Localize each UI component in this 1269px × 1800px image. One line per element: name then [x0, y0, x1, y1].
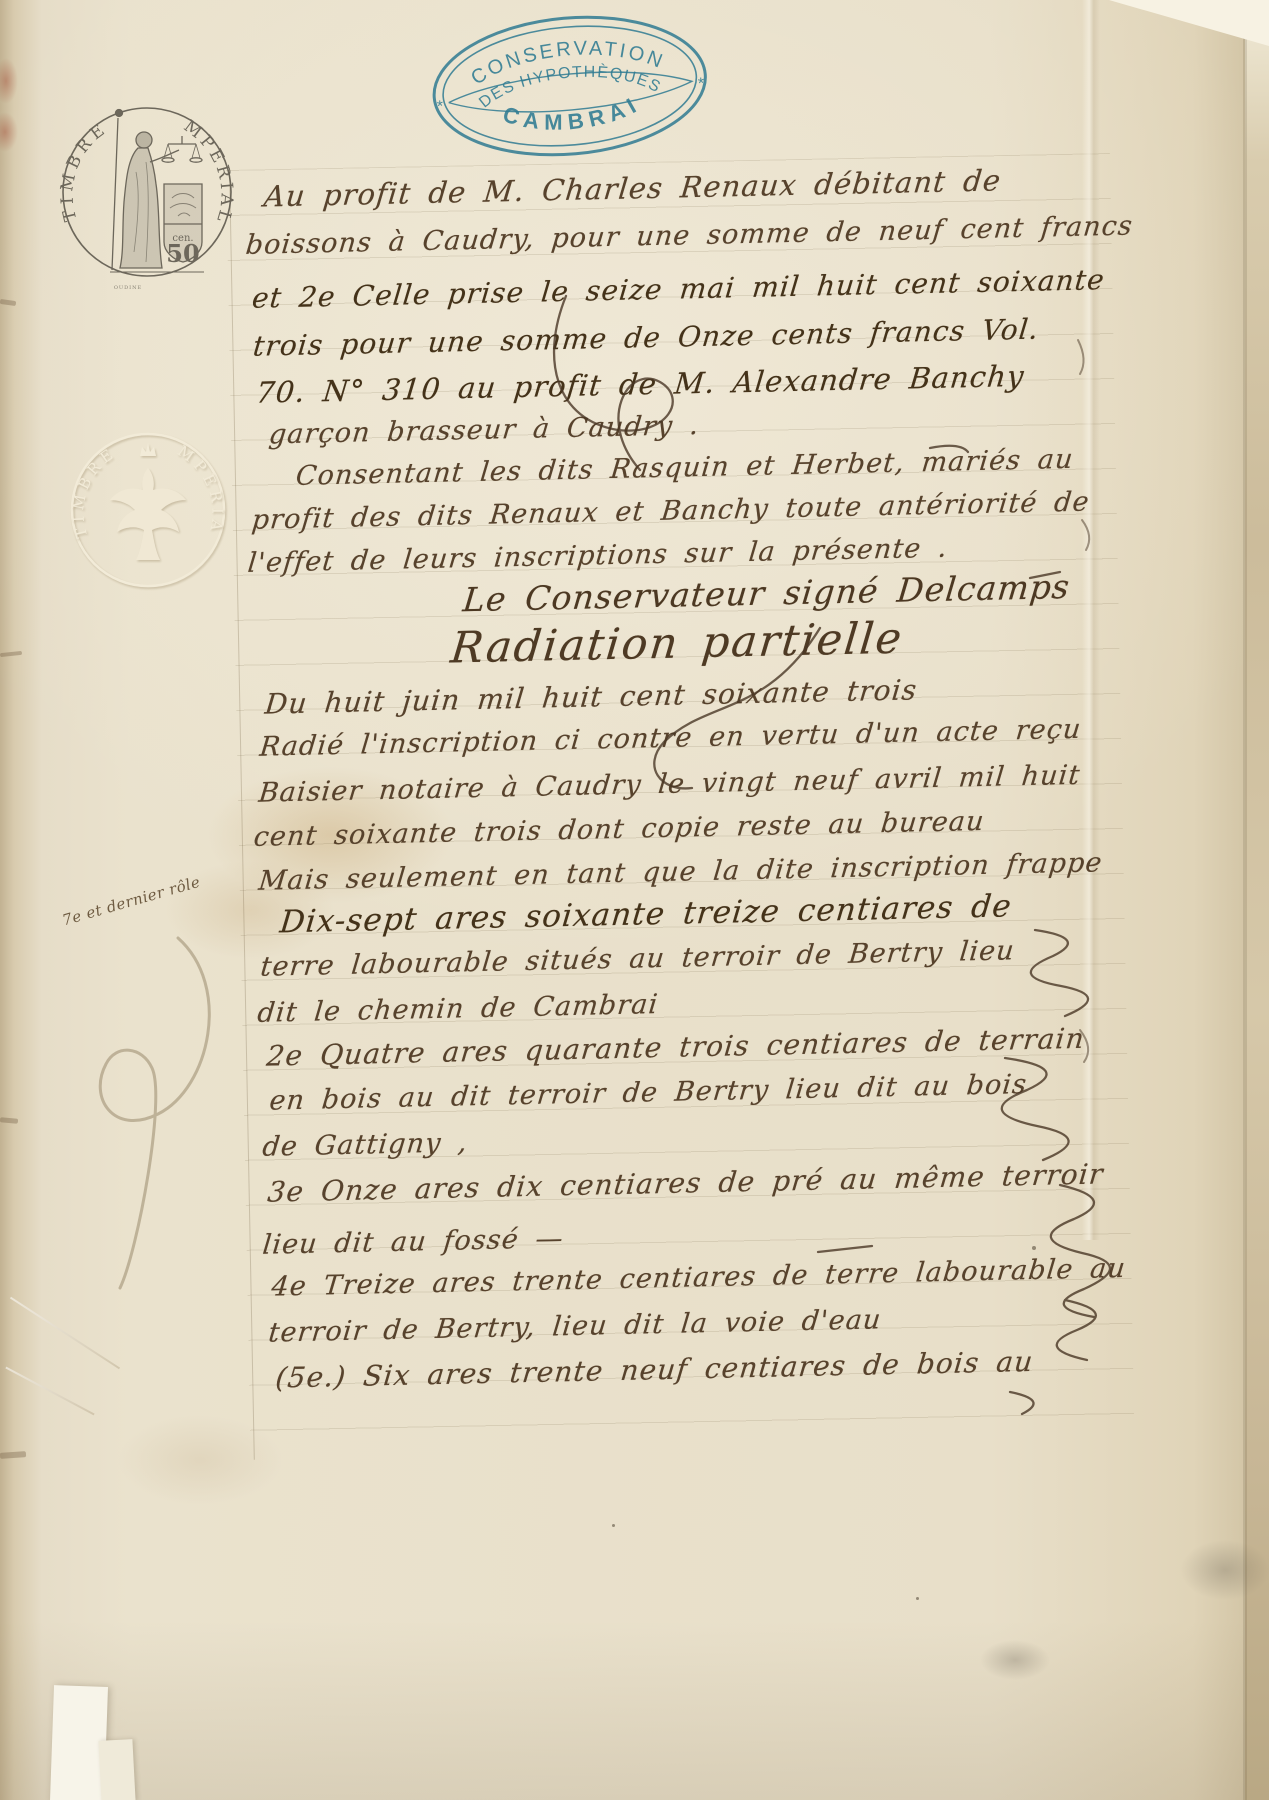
- manuscript-line: boissons à Caudry, pour une somme de neu…: [244, 210, 1134, 260]
- manuscript-line: 2e Quatre ares quarante trois centiares …: [265, 1022, 1086, 1073]
- manuscript-line: et 2e Celle prise le seize mai mil huit …: [251, 263, 1107, 315]
- manuscript-line: garçon brasseur à Caudry .: [267, 410, 701, 450]
- manuscript-line: Au profit de M. Charles Renaux débitant …: [262, 163, 1003, 213]
- manuscript-line: Radié l'inscription ci contre en vertu d…: [258, 714, 1083, 763]
- manuscript-line: Baisier notaire à Caudry le vingt neuf a…: [257, 760, 1082, 809]
- manuscript-line: 70. N° 310 au profit de M. Alexandre Ban…: [255, 359, 1027, 410]
- manuscript-line-conservateur: Le Conservateur signé Delcamps: [461, 567, 1072, 619]
- manuscript-line: trois pour une somme de Onze cents franc…: [252, 313, 1041, 363]
- manuscript-line: terroir de Bertry, lieu dit la voie d'ea…: [267, 1304, 883, 1348]
- manuscript-heading-radiation: Radiation partielle: [448, 614, 905, 674]
- manuscript-line: en bois au dit terroir de Bertry lieu di…: [268, 1069, 1029, 1117]
- manuscript-text-block: Au profit de M. Charles Renaux débitant …: [0, 0, 1269, 1800]
- manuscript-line: 4e Treize ares trente centiares de terre…: [270, 1253, 1127, 1303]
- manuscript-line: Du huit juin mil huit cent soixante troi…: [263, 673, 919, 720]
- manuscript-line: Dix-sept ares soixante treize centiares …: [278, 888, 1013, 940]
- manuscript-line: profit des dits Renaux et Banchy toute a…: [250, 486, 1091, 535]
- manuscript-line: de Gattigny ,: [261, 1127, 469, 1163]
- manuscript-line: dit le chemin de Cambrai: [256, 989, 660, 1029]
- manuscript-line: Consentant les dits Rasquin et Herbet, m…: [294, 444, 1075, 492]
- manuscript-line: terre labourable situés au terroir de Be…: [259, 935, 1016, 983]
- manuscript-line: lieu dit au fossé —: [261, 1223, 565, 1261]
- manuscript-line: (5e.) Six ares trente neuf centiares de …: [274, 1345, 1035, 1395]
- manuscript-line: cent soixante trois dont copie reste au …: [252, 806, 986, 853]
- manuscript-line: 3e Onze ares dix centiares de pré au mêm…: [266, 1157, 1105, 1208]
- scanned-document-page: CONSERVATION DES HYPOTHÈQUES CAMBRAI * *…: [0, 0, 1269, 1800]
